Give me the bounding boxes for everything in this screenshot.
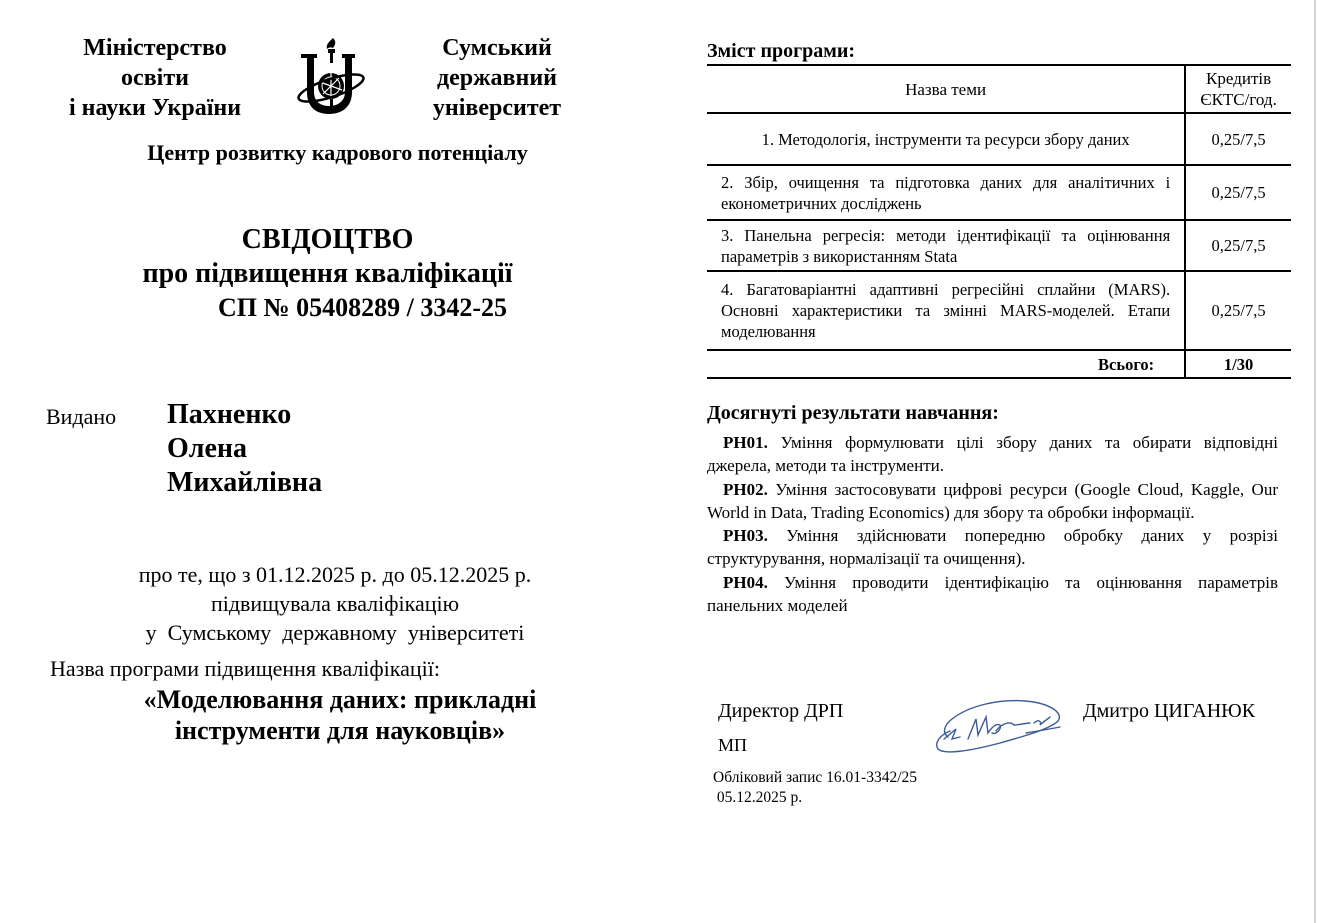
record-number: Обліковий запис 16.01-3342/25 (713, 768, 917, 788)
credits-cell: 0,25/7,5 (1185, 271, 1291, 350)
period-line: підвищувала кваліфікацію (60, 589, 610, 618)
result-code: РН04. (723, 573, 768, 592)
signature-icon (930, 693, 1065, 755)
table-row: 1. Методологія, інструменти та ресурси з… (707, 113, 1291, 165)
result-text: Уміння проводити ідентифікацію та оцінюв… (707, 573, 1278, 615)
result-text: Уміння застосовувати цифрові ресурси (Go… (707, 480, 1278, 522)
period-line: у Сумському державному університеті (60, 618, 610, 647)
program-name: «Моделювання даних: прикладні інструмент… (60, 684, 620, 746)
university-name: Сумський державний університет (412, 33, 582, 123)
credits-cell: 0,25/7,5 (1185, 165, 1291, 220)
table-row: 4. Багатоваріантні адаптивні регресійні … (707, 271, 1291, 350)
results-list: РН01. Уміння формулювати цілі збору дани… (707, 431, 1278, 617)
ministry-line: освіти (40, 63, 270, 93)
sumdu-logo-icon (293, 36, 368, 116)
stamp-mark: МП (718, 735, 747, 756)
certificate-subtitle: про підвищення кваліфікації (60, 258, 595, 290)
signatory-name: Дмитро ЦИГАНЮК (1083, 700, 1255, 723)
program-label: Назва програми підвищення кваліфікації: (50, 656, 440, 682)
topic-cell: 4. Багатоваріантні адаптивні регресійні … (707, 271, 1185, 350)
table-row: 3. Панельна регресія: методи ідентифікац… (707, 220, 1291, 271)
issued-label: Видано (46, 404, 116, 430)
recipient-surname: Пахненко (167, 398, 322, 432)
column-header-credits: Кредитів ЄКТС/год. (1185, 65, 1291, 113)
result-code: РН03. (723, 526, 768, 545)
result-text: Уміння здійснювати попередню обробку дан… (707, 526, 1278, 568)
certificate-number: СП № 05408289 / 3342-25 (218, 292, 507, 324)
recipient-name: Пахненко Олена Михайлівна (167, 398, 322, 500)
column-header-topic: Назва теми (707, 65, 1185, 113)
credits-cell: 0,25/7,5 (1185, 113, 1291, 165)
ministry-name: Міністерство освіти і науки України (40, 33, 270, 123)
credits-header-line: Кредитів (1186, 68, 1291, 89)
record-date: 05.12.2025 р. (713, 788, 917, 808)
result-item: РН04. Уміння проводити ідентифікацію та … (707, 571, 1278, 618)
center-name: Центр розвитку кадрового потенціалу (60, 140, 615, 166)
topic-cell: 2. Збір, очищення та підготовка даних дл… (707, 165, 1185, 220)
recipient-patronymic: Михайлівна (167, 466, 322, 500)
result-text: Уміння формулювати цілі збору даних та о… (707, 433, 1278, 475)
table-header-row: Назва теми Кредитів ЄКТС/год. (707, 65, 1291, 113)
topic-cell: 3. Панельна регресія: методи ідентифікац… (707, 220, 1185, 271)
period-line: про те, що з 01.12.2025 р. до 05.12.2025… (60, 560, 610, 589)
program-name-line: інструменти для науковців» (60, 715, 620, 746)
result-item: РН01. Уміння формулювати цілі збору дани… (707, 431, 1278, 478)
university-line: державний (412, 63, 582, 93)
record-entry: Обліковий запис 16.01-3342/25 05.12.2025… (713, 768, 917, 808)
program-name-line: «Моделювання даних: прикладні (60, 684, 620, 715)
ministry-line: і науки України (40, 93, 270, 123)
university-line: університет (412, 93, 582, 123)
result-item: РН03. Уміння здійснювати попередню оброб… (707, 524, 1278, 571)
table-total-row: Всього: 1/30 (707, 350, 1291, 378)
result-code: РН02. (723, 480, 768, 499)
credits-header-line: ЄКТС/год. (1186, 89, 1291, 110)
certificate-title: СВІДОЦТВО (60, 224, 595, 256)
credits-cell: 0,25/7,5 (1185, 220, 1291, 271)
total-label: Всього: (707, 350, 1185, 378)
topic-cell: 1. Методологія, інструменти та ресурси з… (707, 113, 1185, 165)
topics-table: Назва теми Кредитів ЄКТС/год. 1. Методол… (707, 64, 1291, 379)
table-row: 2. Збір, очищення та підготовка даних дл… (707, 165, 1291, 220)
total-value: 1/30 (1185, 350, 1291, 378)
content-title: Зміст програми: (707, 40, 855, 63)
result-item: РН02. Уміння застосовувати цифрові ресур… (707, 478, 1278, 525)
recipient-first-name: Олена (167, 432, 322, 466)
signatory-role: Директор ДРП (718, 700, 843, 723)
result-code: РН01. (723, 433, 768, 452)
results-title: Досягнуті результати навчання: (707, 402, 999, 425)
university-line: Сумський (412, 33, 582, 63)
page-edge-line (1314, 0, 1316, 923)
training-period: про те, що з 01.12.2025 р. до 05.12.2025… (60, 560, 610, 647)
ministry-line: Міністерство (40, 33, 270, 63)
